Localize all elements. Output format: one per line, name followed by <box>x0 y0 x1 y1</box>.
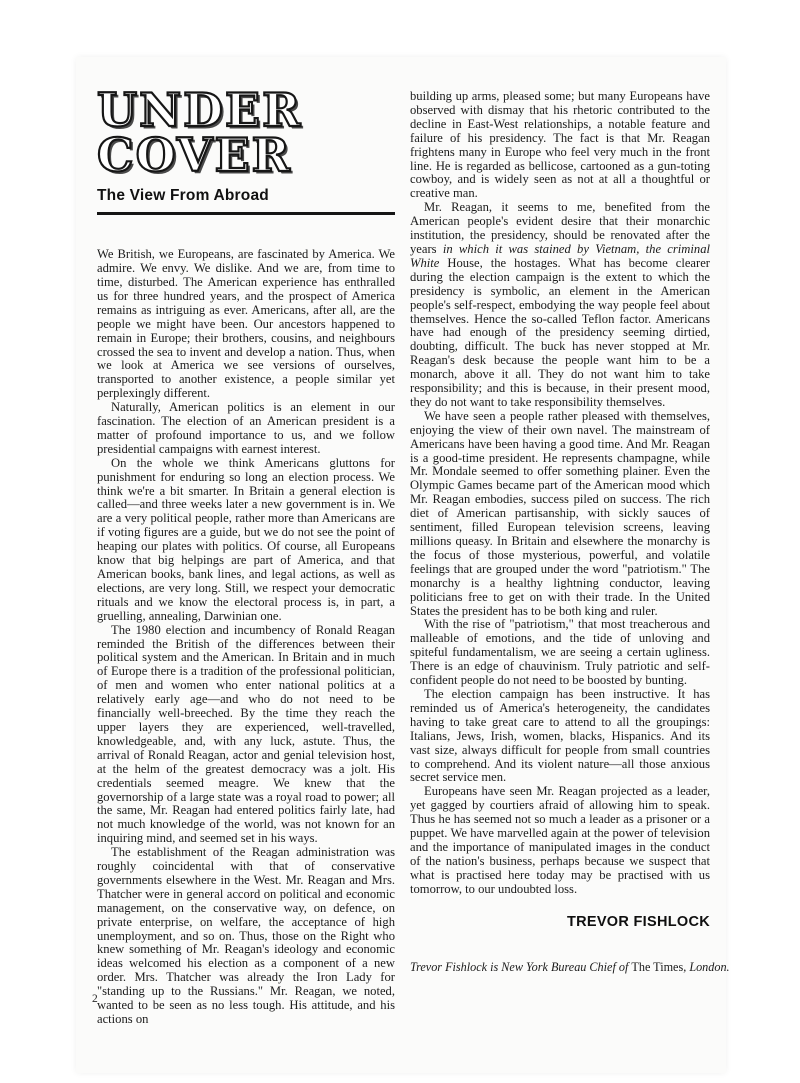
masthead-title-line2: COVER <box>97 133 395 178</box>
author-byline: TREVOR FISHLOCK <box>410 914 710 930</box>
bio-note-italic-end: , London. <box>683 960 729 974</box>
right-column: building up arms, pleased some; but many… <box>410 90 710 975</box>
paragraph: On the whole we think Americans gluttons… <box>97 457 395 624</box>
masthead-divider-rule <box>97 212 395 215</box>
paragraph: Europeans have seen Mr. Reagan projected… <box>410 785 710 896</box>
right-column-body: building up arms, pleased some; but many… <box>410 90 710 897</box>
paragraph: The 1980 election and incumbency of Rona… <box>97 624 395 847</box>
author-bio-note: Trevor Fishlock is New York Bureau Chief… <box>410 960 710 975</box>
paragraph: Naturally, American politics is an eleme… <box>97 401 395 457</box>
paragraph: We have seen a people rather pleased wit… <box>410 410 710 619</box>
paragraph: We British, we Europeans, are fascinated… <box>97 248 395 401</box>
paragraph: Mr. Reagan, it seems to me, benefited fr… <box>410 201 710 410</box>
masthead-subtitle: The View From Abroad <box>97 187 395 205</box>
bio-note-publication-name: The Times <box>631 960 683 974</box>
magazine-page: UNDER COVER The View From Abroad We Brit… <box>76 57 726 1073</box>
left-column-body: We British, we Europeans, are fascinated… <box>97 248 395 1027</box>
paragraph-segment: House, the hostages. What has become cle… <box>410 256 710 409</box>
page-number: 2 <box>92 993 98 1005</box>
bio-note-italic-start: Trevor Fishlock is New York Bureau Chief… <box>410 960 631 974</box>
paragraph: building up arms, pleased some; but many… <box>410 90 710 201</box>
paragraph: The election campaign has been instructi… <box>410 688 710 785</box>
left-column: UNDER COVER The View From Abroad We Brit… <box>97 88 395 1027</box>
article-masthead-title: UNDER COVER <box>97 88 395 178</box>
paragraph: With the rise of "patriotism," that most… <box>410 618 710 688</box>
paragraph: The establishment of the Reagan administ… <box>97 846 395 1027</box>
masthead-title-line1: UNDER <box>97 88 395 133</box>
